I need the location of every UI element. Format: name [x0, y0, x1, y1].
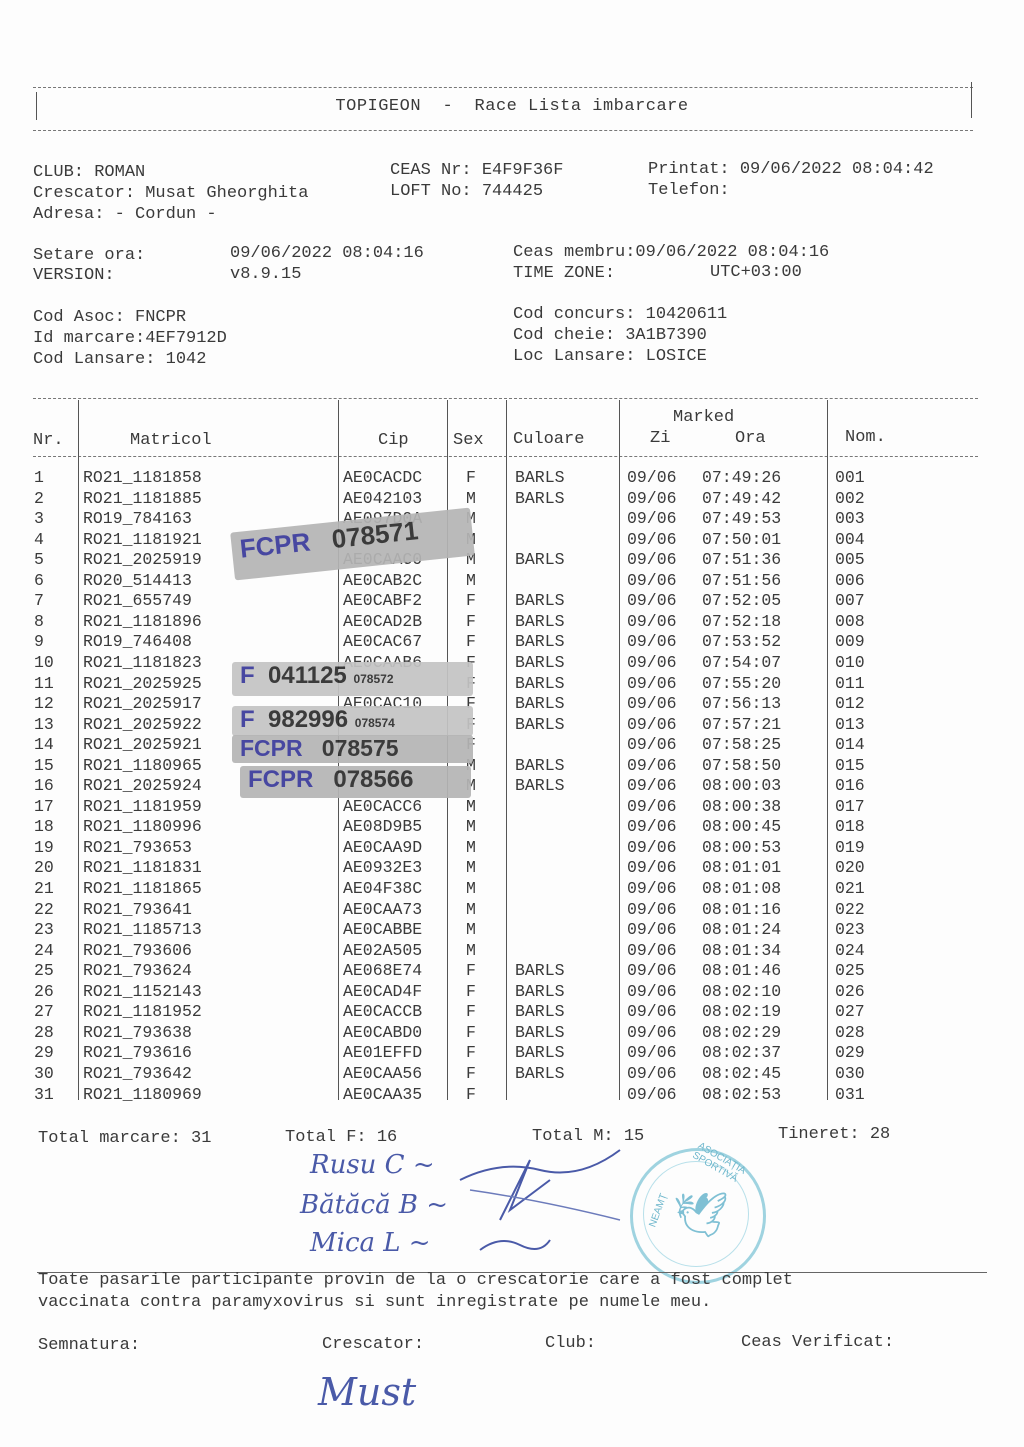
cell-nr: 12: [34, 694, 54, 713]
cell-ora: 08:02:45: [702, 1064, 781, 1083]
clock-verified-label: Ceas Verificat:: [741, 1333, 894, 1352]
cell-nom: 011: [835, 674, 865, 693]
cell-culoare: BARLS: [515, 612, 565, 631]
cell-culoare: BARLS: [515, 694, 565, 713]
cell-culoare: BARLS: [515, 776, 565, 795]
cell-ora: 07:55:20: [702, 674, 781, 693]
cell-ora: 08:01:01: [702, 858, 781, 877]
cell-culoare: BARLS: [515, 715, 565, 734]
cell-nr: 17: [34, 797, 54, 816]
cell-matricol: RO21_2025917: [83, 694, 202, 713]
cell-nom: 005: [835, 550, 865, 569]
cell-zi: 09/06: [627, 1085, 677, 1104]
handwritten-signature: Rusu C ~: [310, 1150, 435, 1180]
signature-scribble-icon: [440, 1140, 630, 1260]
table-row: 17RO21_1181959AE0CACC6M09/0608:00:38017: [0, 797, 1024, 818]
cell-cip: AE08D9B5: [343, 817, 422, 836]
cell-nom: 013: [835, 715, 865, 734]
table-row: 28RO21_793638AE0CABD0FBARLS09/0608:02:29…: [0, 1023, 1024, 1044]
cell-matricol: RO21_1181921: [83, 530, 202, 549]
cell-sex: F: [466, 1023, 476, 1042]
table-row: 14RO21_2025921F09/0607:58:25014: [0, 735, 1024, 756]
cell-zi: 09/06: [627, 612, 677, 631]
cell-matricol: RO21_655749: [83, 591, 192, 610]
cell-nom: 025: [835, 961, 865, 980]
cell-cip: AE0CABF2: [343, 591, 422, 610]
cell-ora: 08:02:37: [702, 1043, 781, 1062]
cell-zi: 09/06: [627, 571, 677, 590]
cell-matricol: RO21_793638: [83, 1023, 192, 1042]
table-row: 9RO19_746408AE0CAC67FBARLS09/0607:53:520…: [0, 632, 1024, 653]
cell-ora: 07:51:56: [702, 571, 781, 590]
cell-ora: 07:50:01: [702, 530, 781, 549]
cell-matricol: RO21_793606: [83, 941, 192, 960]
cell-matricol: RO21_1181952: [83, 1002, 202, 1021]
cell-matricol: RO21_1181831: [83, 858, 202, 877]
cell-ora: 07:57:21: [702, 715, 781, 734]
cell-nr: 26: [34, 982, 54, 1001]
col-header-ora: Ora: [735, 429, 766, 448]
cell-culoare: BARLS: [515, 632, 565, 651]
col-header-cip: Cip: [378, 431, 409, 450]
cell-matricol: RO20_514413: [83, 571, 192, 590]
cell-matricol: RO21_1181858: [83, 468, 202, 487]
cell-zi: 09/06: [627, 468, 677, 487]
cell-matricol: RO21_793653: [83, 838, 192, 857]
cell-nr: 20: [34, 858, 54, 877]
cell-zi: 09/06: [627, 838, 677, 857]
table-row: 22RO21_793641AE0CAA73M09/0608:01:16022: [0, 900, 1024, 921]
release-location: Loc Lansare: LOSICE: [513, 347, 707, 366]
cell-nr: 23: [34, 920, 54, 939]
cell-nom: 007: [835, 591, 865, 610]
cell-nr: 21: [34, 879, 54, 898]
cell-zi: 09/06: [627, 1002, 677, 1021]
cell-ora: 08:02:10: [702, 982, 781, 1001]
cell-culoare: BARLS: [515, 550, 565, 569]
table-row: 3RO19_784163AE097D0AM09/0607:49:53003: [0, 509, 1024, 530]
assoc-code: Cod Asoc: FNCPR: [33, 308, 186, 327]
cell-zi: 09/06: [627, 530, 677, 549]
cell-nom: 029: [835, 1043, 865, 1062]
table-row: 24RO21_793606AE02A505M09/0608:01:34024: [0, 941, 1024, 962]
table-row: 13RO21_2025922FBARLS09/0607:57:21013: [0, 715, 1024, 736]
cell-sex: M: [466, 817, 476, 836]
cell-nom: 026: [835, 982, 865, 1001]
cell-sex: F: [466, 1043, 476, 1062]
cell-nr: 27: [34, 1002, 54, 1021]
cell-cip: AE0CAC67: [343, 632, 422, 651]
col-header-nom: Nom.: [845, 428, 886, 447]
cell-nom: 015: [835, 756, 865, 775]
cell-culoare: BARLS: [515, 982, 565, 1001]
cell-matricol: RO21_793641: [83, 900, 192, 919]
table-row: 20RO21_1181831AE0932E3M09/0608:01:01020: [0, 858, 1024, 879]
cell-zi: 09/06: [627, 632, 677, 651]
cell-zi: 09/06: [627, 1064, 677, 1083]
cell-matricol: RO19_746408: [83, 632, 192, 651]
cell-ora: 07:49:26: [702, 468, 781, 487]
club-label: Club:: [545, 1334, 596, 1353]
cell-nr: 3: [34, 509, 44, 528]
cell-matricol: RO21_2025919: [83, 550, 202, 569]
handwritten-signature: Mica L ~: [310, 1228, 431, 1258]
cell-matricol: RO21_793624: [83, 961, 192, 980]
cell-nom: 019: [835, 838, 865, 857]
cell-sex: F: [466, 982, 476, 1001]
cell-ora: 08:00:45: [702, 817, 781, 836]
young-birds: Tineret: 28: [778, 1125, 890, 1144]
cell-culoare: BARLS: [515, 591, 565, 610]
cell-cip: AE0CACCB: [343, 1002, 422, 1021]
cell-ora: 07:58:25: [702, 735, 781, 754]
cell-nom: 031: [835, 1085, 865, 1104]
cell-matricol: RO21_2025922: [83, 715, 202, 734]
association-stamp: ASOCIAȚIA SPORTIVĂ NEAMȚ 🕊: [630, 1148, 766, 1284]
cell-zi: 09/06: [627, 941, 677, 960]
cell-ora: 08:01:16: [702, 900, 781, 919]
cell-sex: M: [466, 920, 476, 939]
cell-nom: 004: [835, 530, 865, 549]
cell-matricol: RO19_784163: [83, 509, 192, 528]
cell-culoare: BARLS: [515, 1002, 565, 1021]
cell-matricol: RO21_2025921: [83, 735, 202, 754]
ceas-nr: CEAS Nr: E4F9F36F: [390, 161, 563, 180]
document-title: TOPIGEON - Race Lista imbarcare: [0, 97, 1024, 116]
cell-sex: M: [466, 797, 476, 816]
cell-culoare: BARLS: [515, 653, 565, 672]
table-row: 30RO21_793642AE0CAA56FBARLS09/0608:02:45…: [0, 1064, 1024, 1085]
cell-nr: 2: [34, 489, 44, 508]
club: CLUB: ROMAN: [33, 163, 145, 182]
cell-cip: AE0CAA73: [343, 900, 422, 919]
table-row: 8RO21_1181896AE0CAD2BFBARLS09/0607:52:18…: [0, 612, 1024, 633]
cell-nr: 19: [34, 838, 54, 857]
table-row: 5RO21_2025919AE0CAAC0MBARLS09/0607:51:36…: [0, 550, 1024, 571]
member-clock: Ceas membru:09/06/2022 08:04:16: [513, 243, 829, 262]
cell-nr: 16: [34, 776, 54, 795]
cell-nr: 4: [34, 530, 44, 549]
table-row: 25RO21_793624AE068E74FBARLS09/0608:01:46…: [0, 961, 1024, 982]
cell-sex: M: [466, 571, 476, 590]
cell-ora: 07:58:50: [702, 756, 781, 775]
table-row: 12RO21_2025917AE0CAC10FBARLS09/0607:56:1…: [0, 694, 1024, 715]
handwritten-signature: Bătăcă B ~: [300, 1190, 448, 1220]
set-time-label: Setare ora:: [33, 246, 145, 265]
total-female: Total F: 16: [285, 1128, 397, 1147]
cell-cip: AE0932E3: [343, 858, 422, 877]
version-value: v8.9.15: [230, 265, 301, 284]
cell-matricol: RO21_1181959: [83, 797, 202, 816]
cell-sex: M: [466, 858, 476, 877]
table-row: 6RO20_514413AE0CAB2CM09/0607:51:56006: [0, 571, 1024, 592]
col-header-culoare: Culoare: [513, 430, 584, 449]
cell-culoare: BARLS: [515, 961, 565, 980]
cell-sex: M: [466, 941, 476, 960]
cell-cip: AE0CABD0: [343, 1023, 422, 1042]
ring-sticker: F 041125 078572: [232, 662, 473, 696]
cell-cip: AE0CAB2C: [343, 571, 422, 590]
cell-ora: 07:51:36: [702, 550, 781, 569]
cell-ora: 07:52:18: [702, 612, 781, 631]
table-row: 15RO21_1180965MBARLS09/0607:58:50015: [0, 756, 1024, 777]
breeder-signature: Must: [318, 1370, 416, 1414]
marking-id: Id marcare:4EF7912D: [33, 329, 227, 348]
cell-zi: 09/06: [627, 1043, 677, 1062]
cell-matricol: RO21_1181865: [83, 879, 202, 898]
cell-nr: 30: [34, 1064, 54, 1083]
col-header-sex: Sex: [453, 431, 484, 450]
cell-culoare: BARLS: [515, 1023, 565, 1042]
declaration-line-1: Toate pasarile participante provin de la…: [38, 1271, 793, 1290]
cell-sex: F: [466, 612, 476, 631]
cell-zi: 09/06: [627, 858, 677, 877]
col-header-zi: Zi: [650, 429, 670, 448]
cell-zi: 09/06: [627, 756, 677, 775]
breeder: Crescator: Musat Gheorghita: [33, 184, 308, 203]
col-header-nr: Nr.: [33, 431, 64, 450]
cell-nom: 014: [835, 735, 865, 754]
cell-cip: AE0CAA56: [343, 1064, 422, 1083]
cell-nom: 016: [835, 776, 865, 795]
table-row: 23RO21_1185713AE0CABBEM09/0608:01:24023: [0, 920, 1024, 941]
cell-zi: 09/06: [627, 715, 677, 734]
cell-culoare: BARLS: [515, 489, 565, 508]
cell-nr: 31: [34, 1085, 54, 1104]
cell-ora: 08:02:19: [702, 1002, 781, 1021]
key-code: Cod cheie: 3A1B7390: [513, 326, 707, 345]
ring-sticker: FCPR 078575: [232, 735, 473, 763]
set-time-value: 09/06/2022 08:04:16: [230, 244, 424, 263]
cell-ora: 08:01:46: [702, 961, 781, 980]
cell-zi: 09/06: [627, 797, 677, 816]
cell-sex: M: [466, 489, 476, 508]
cell-culoare: BARLS: [515, 674, 565, 693]
declaration-line-2: vaccinata contra paramyxovirus si sunt i…: [38, 1293, 711, 1312]
table-row: 1RO21_1181858AE0CACDCFBARLS09/0607:49:26…: [0, 468, 1024, 489]
cell-nr: 25: [34, 961, 54, 980]
cell-ora: 07:53:52: [702, 632, 781, 651]
cell-nom: 021: [835, 879, 865, 898]
cell-matricol: RO21_793616: [83, 1043, 192, 1062]
cell-ora: 08:01:08: [702, 879, 781, 898]
cell-zi: 09/06: [627, 694, 677, 713]
table-row: 4RO21_1181921M09/0607:50:01004: [0, 530, 1024, 551]
cell-nom: 027: [835, 1002, 865, 1021]
cell-nr: 7: [34, 591, 44, 610]
cell-ora: 07:49:42: [702, 489, 781, 508]
cell-sex: F: [466, 632, 476, 651]
cell-ora: 07:49:53: [702, 509, 781, 528]
breeder-label: Crescator:: [322, 1335, 424, 1354]
printed-at: Printat: 09/06/2022 08:04:42: [648, 160, 934, 179]
cell-matricol: RO21_1152143: [83, 982, 202, 1001]
cell-matricol: RO21_1185713: [83, 920, 202, 939]
cell-nr: 8: [34, 612, 44, 631]
cell-nom: 030: [835, 1064, 865, 1083]
cell-zi: 09/06: [627, 982, 677, 1001]
cell-matricol: RO21_1181896: [83, 612, 202, 631]
cell-nom: 023: [835, 920, 865, 939]
cell-matricol: RO21_1180969: [83, 1085, 202, 1104]
cell-nr: 24: [34, 941, 54, 960]
cell-nr: 9: [34, 632, 44, 651]
cell-nom: 003: [835, 509, 865, 528]
cell-cip: AE0CACDC: [343, 468, 422, 487]
cell-zi: 09/06: [627, 961, 677, 980]
table-row: 19RO21_793653AE0CAA9DM09/0608:00:53019: [0, 838, 1024, 859]
cell-nom: 024: [835, 941, 865, 960]
cell-nr: 15: [34, 756, 54, 775]
cell-ora: 07:52:05: [702, 591, 781, 610]
table-row: 18RO21_1180996AE08D9B5M09/0608:00:45018: [0, 817, 1024, 838]
cell-ora: 08:01:34: [702, 941, 781, 960]
col-header-matricol: Matricol: [130, 431, 212, 450]
cell-cip: AE042103: [343, 489, 422, 508]
col-header-marked: Marked: [673, 408, 734, 427]
cell-zi: 09/06: [627, 591, 677, 610]
cell-zi: 09/06: [627, 550, 677, 569]
cell-zi: 09/06: [627, 674, 677, 693]
version-label: VERSION:: [33, 266, 115, 285]
cell-matricol: RO21_1180996: [83, 817, 202, 836]
cell-ora: 08:02:29: [702, 1023, 781, 1042]
cell-cip: AE0CACC6: [343, 797, 422, 816]
cell-nr: 18: [34, 817, 54, 836]
table-row: 2RO21_1181885AE042103MBARLS09/0607:49:42…: [0, 489, 1024, 510]
cell-matricol: RO21_2025924: [83, 776, 202, 795]
time-zone-value: UTC+03:00: [710, 263, 802, 282]
cell-nr: 1: [34, 468, 44, 487]
cell-nom: 012: [835, 694, 865, 713]
table-row: 16RO21_2025924MBARLS09/0608:00:03016: [0, 776, 1024, 797]
cell-nr: 10: [34, 653, 54, 672]
contest-code: Cod concurs: 10420611: [513, 305, 727, 324]
cell-cip: AE0CABBE: [343, 920, 422, 939]
cell-nr: 29: [34, 1043, 54, 1062]
cell-culoare: BARLS: [515, 468, 565, 487]
cell-zi: 09/06: [627, 653, 677, 672]
time-zone-label: TIME ZONE:: [513, 264, 615, 283]
cell-nr: 13: [34, 715, 54, 734]
cell-ora: 08:00:03: [702, 776, 781, 795]
table-row: 26RO21_1152143AE0CAD4FFBARLS09/0608:02:1…: [0, 982, 1024, 1003]
address: Adresa: - Cordun -: [33, 205, 217, 224]
cell-nom: 017: [835, 797, 865, 816]
cell-nom: 022: [835, 900, 865, 919]
cell-zi: 09/06: [627, 920, 677, 939]
cell-matricol: RO21_1181885: [83, 489, 202, 508]
cell-nom: 020: [835, 858, 865, 877]
cell-nom: 009: [835, 632, 865, 651]
cell-nom: 001: [835, 468, 865, 487]
table-row: 7RO21_655749AE0CABF2FBARLS09/0607:52:050…: [0, 591, 1024, 612]
cell-nom: 002: [835, 489, 865, 508]
cell-culoare: BARLS: [515, 1043, 565, 1062]
cell-cip: AE0CAD4F: [343, 982, 422, 1001]
title-box-top: [33, 87, 973, 88]
cell-sex: F: [466, 961, 476, 980]
cell-sex: F: [466, 1064, 476, 1083]
cell-sex: M: [466, 879, 476, 898]
cell-ora: 08:01:24: [702, 920, 781, 939]
table-row: 27RO21_1181952AE0CACCBFBARLS09/0608:02:1…: [0, 1002, 1024, 1023]
cell-zi: 09/06: [627, 509, 677, 528]
cell-nr: 22: [34, 900, 54, 919]
cell-matricol: RO21_793642: [83, 1064, 192, 1083]
cell-nr: 11: [34, 674, 54, 693]
cell-matricol: RO21_1180965: [83, 756, 202, 775]
cell-cip: AE0CAD2B: [343, 612, 422, 631]
total-marked: Total marcare: 31: [38, 1129, 211, 1148]
table-row: 29RO21_793616AE01EFFDFBARLS09/0608:02:37…: [0, 1043, 1024, 1064]
cell-ora: 08:00:53: [702, 838, 781, 857]
cell-cip: AE068E74: [343, 961, 422, 980]
cell-zi: 09/06: [627, 776, 677, 795]
cell-nr: 28: [34, 1023, 54, 1042]
cell-ora: 08:00:38: [702, 797, 781, 816]
cell-nom: 010: [835, 653, 865, 672]
cell-nom: 006: [835, 571, 865, 590]
phone: Telefon:: [648, 181, 730, 200]
cell-cip: AE04F38C: [343, 879, 422, 898]
table-row: 31RO21_1180969AE0CAA35F09/0608:02:53031: [0, 1085, 1024, 1106]
dove-icon: 🕊: [673, 1189, 729, 1241]
cell-ora: 08:02:53: [702, 1085, 781, 1104]
cell-zi: 09/06: [627, 735, 677, 754]
cell-sex: F: [466, 1085, 476, 1104]
cell-zi: 09/06: [627, 900, 677, 919]
signature-label: Semnatura:: [38, 1336, 140, 1355]
title-box-bottom: [33, 130, 973, 131]
cell-sex: F: [466, 1002, 476, 1021]
cell-nr: 14: [34, 735, 54, 754]
cell-nom: 018: [835, 817, 865, 836]
cell-ora: 07:54:07: [702, 653, 781, 672]
cell-ora: 07:56:13: [702, 694, 781, 713]
cell-sex: M: [466, 900, 476, 919]
release-code: Cod Lansare: 1042: [33, 350, 206, 369]
loft-no: LOFT No: 744425: [390, 182, 543, 201]
cell-matricol: RO21_2025925: [83, 674, 202, 693]
cell-nom: 008: [835, 612, 865, 631]
cell-nom: 028: [835, 1023, 865, 1042]
cell-cip: AE02A505: [343, 941, 422, 960]
cell-culoare: BARLS: [515, 1064, 565, 1083]
cell-sex: M: [466, 838, 476, 857]
ring-sticker: F 982996 078574: [232, 706, 473, 736]
cell-matricol: RO21_1181823: [83, 653, 202, 672]
table-row: 11RO21_2025925FBARLS09/0607:55:20011: [0, 674, 1024, 695]
cell-cip: AE01EFFD: [343, 1043, 422, 1062]
cell-cip: AE0CAA9D: [343, 838, 422, 857]
cell-cip: AE0CAA35: [343, 1085, 422, 1104]
cell-sex: F: [466, 591, 476, 610]
table-row: 21RO21_1181865AE04F38CM09/0608:01:08021: [0, 879, 1024, 900]
cell-sex: F: [466, 468, 476, 487]
table-row: 10RO21_1181823AE0CAAB6FBARLS09/0607:54:0…: [0, 653, 1024, 674]
cell-zi: 09/06: [627, 489, 677, 508]
cell-culoare: BARLS: [515, 756, 565, 775]
cell-nr: 5: [34, 550, 44, 569]
table-header-top: [33, 398, 978, 399]
cell-nr: 6: [34, 571, 44, 590]
cell-zi: 09/06: [627, 879, 677, 898]
ring-sticker: FCPR 078566: [240, 766, 471, 798]
cell-zi: 09/06: [627, 817, 677, 836]
cell-zi: 09/06: [627, 1023, 677, 1042]
